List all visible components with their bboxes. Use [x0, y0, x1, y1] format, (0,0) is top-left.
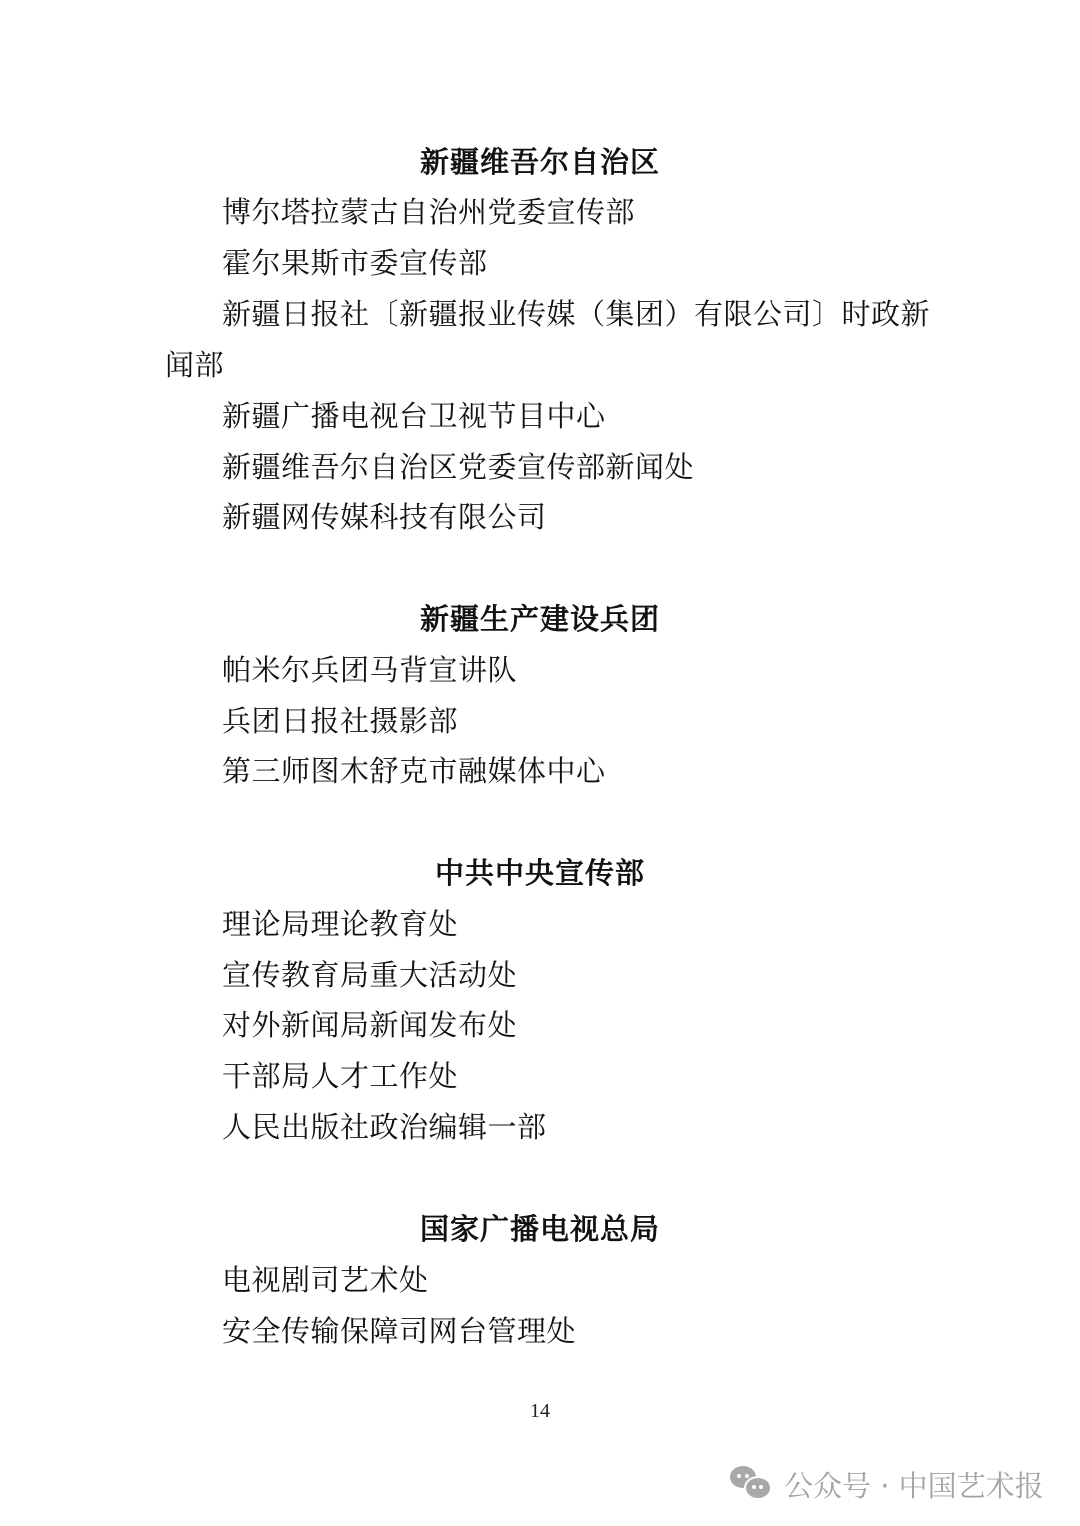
- section-heading: 新疆生产建设兵团: [0, 599, 1080, 639]
- list-item: 兵团日报社摄影部: [222, 701, 458, 741]
- list-item: 新疆广播电视台卫视节目中心: [222, 396, 606, 436]
- list-item: 干部局人才工作处: [222, 1056, 458, 1096]
- list-item: 人民出版社政治编辑一部: [222, 1107, 547, 1147]
- section-heading: 中共中央宣传部: [0, 853, 1080, 893]
- list-item: 对外新闻局新闻发布处: [222, 1005, 517, 1045]
- list-item: 第三师图木舒克市融媒体中心: [222, 751, 606, 791]
- list-item: 新疆网传媒科技有限公司: [222, 497, 547, 537]
- watermark: 公众号 · 中国艺术报: [728, 1464, 1044, 1504]
- list-item: 帕米尔兵团马背宣讲队: [222, 650, 517, 690]
- page-number: 14: [0, 1400, 1080, 1423]
- list-item: 新疆维吾尔自治区党委宣传部新闻处: [222, 447, 694, 487]
- section-heading: 新疆维吾尔自治区: [0, 142, 1080, 182]
- section-heading: 国家广播电视总局: [0, 1209, 1080, 1249]
- list-item: 电视剧司艺术处: [222, 1260, 429, 1300]
- list-item: 博尔塔拉蒙古自治州党委宣传部: [222, 192, 635, 232]
- list-item-continuation: 闻部: [165, 345, 224, 385]
- watermark-text: 公众号 · 中国艺术报: [784, 1464, 1044, 1505]
- list-item: 安全传输保障司网台管理处: [222, 1311, 576, 1351]
- wechat-icon: [728, 1464, 774, 1504]
- list-item: 宣传教育局重大活动处: [222, 955, 517, 995]
- list-item: 新疆日报社〔新疆报业传媒（集团）有限公司〕时政新: [222, 294, 930, 334]
- list-item: 霍尔果斯市委宣传部: [222, 243, 488, 283]
- list-item: 理论局理论教育处: [222, 904, 458, 944]
